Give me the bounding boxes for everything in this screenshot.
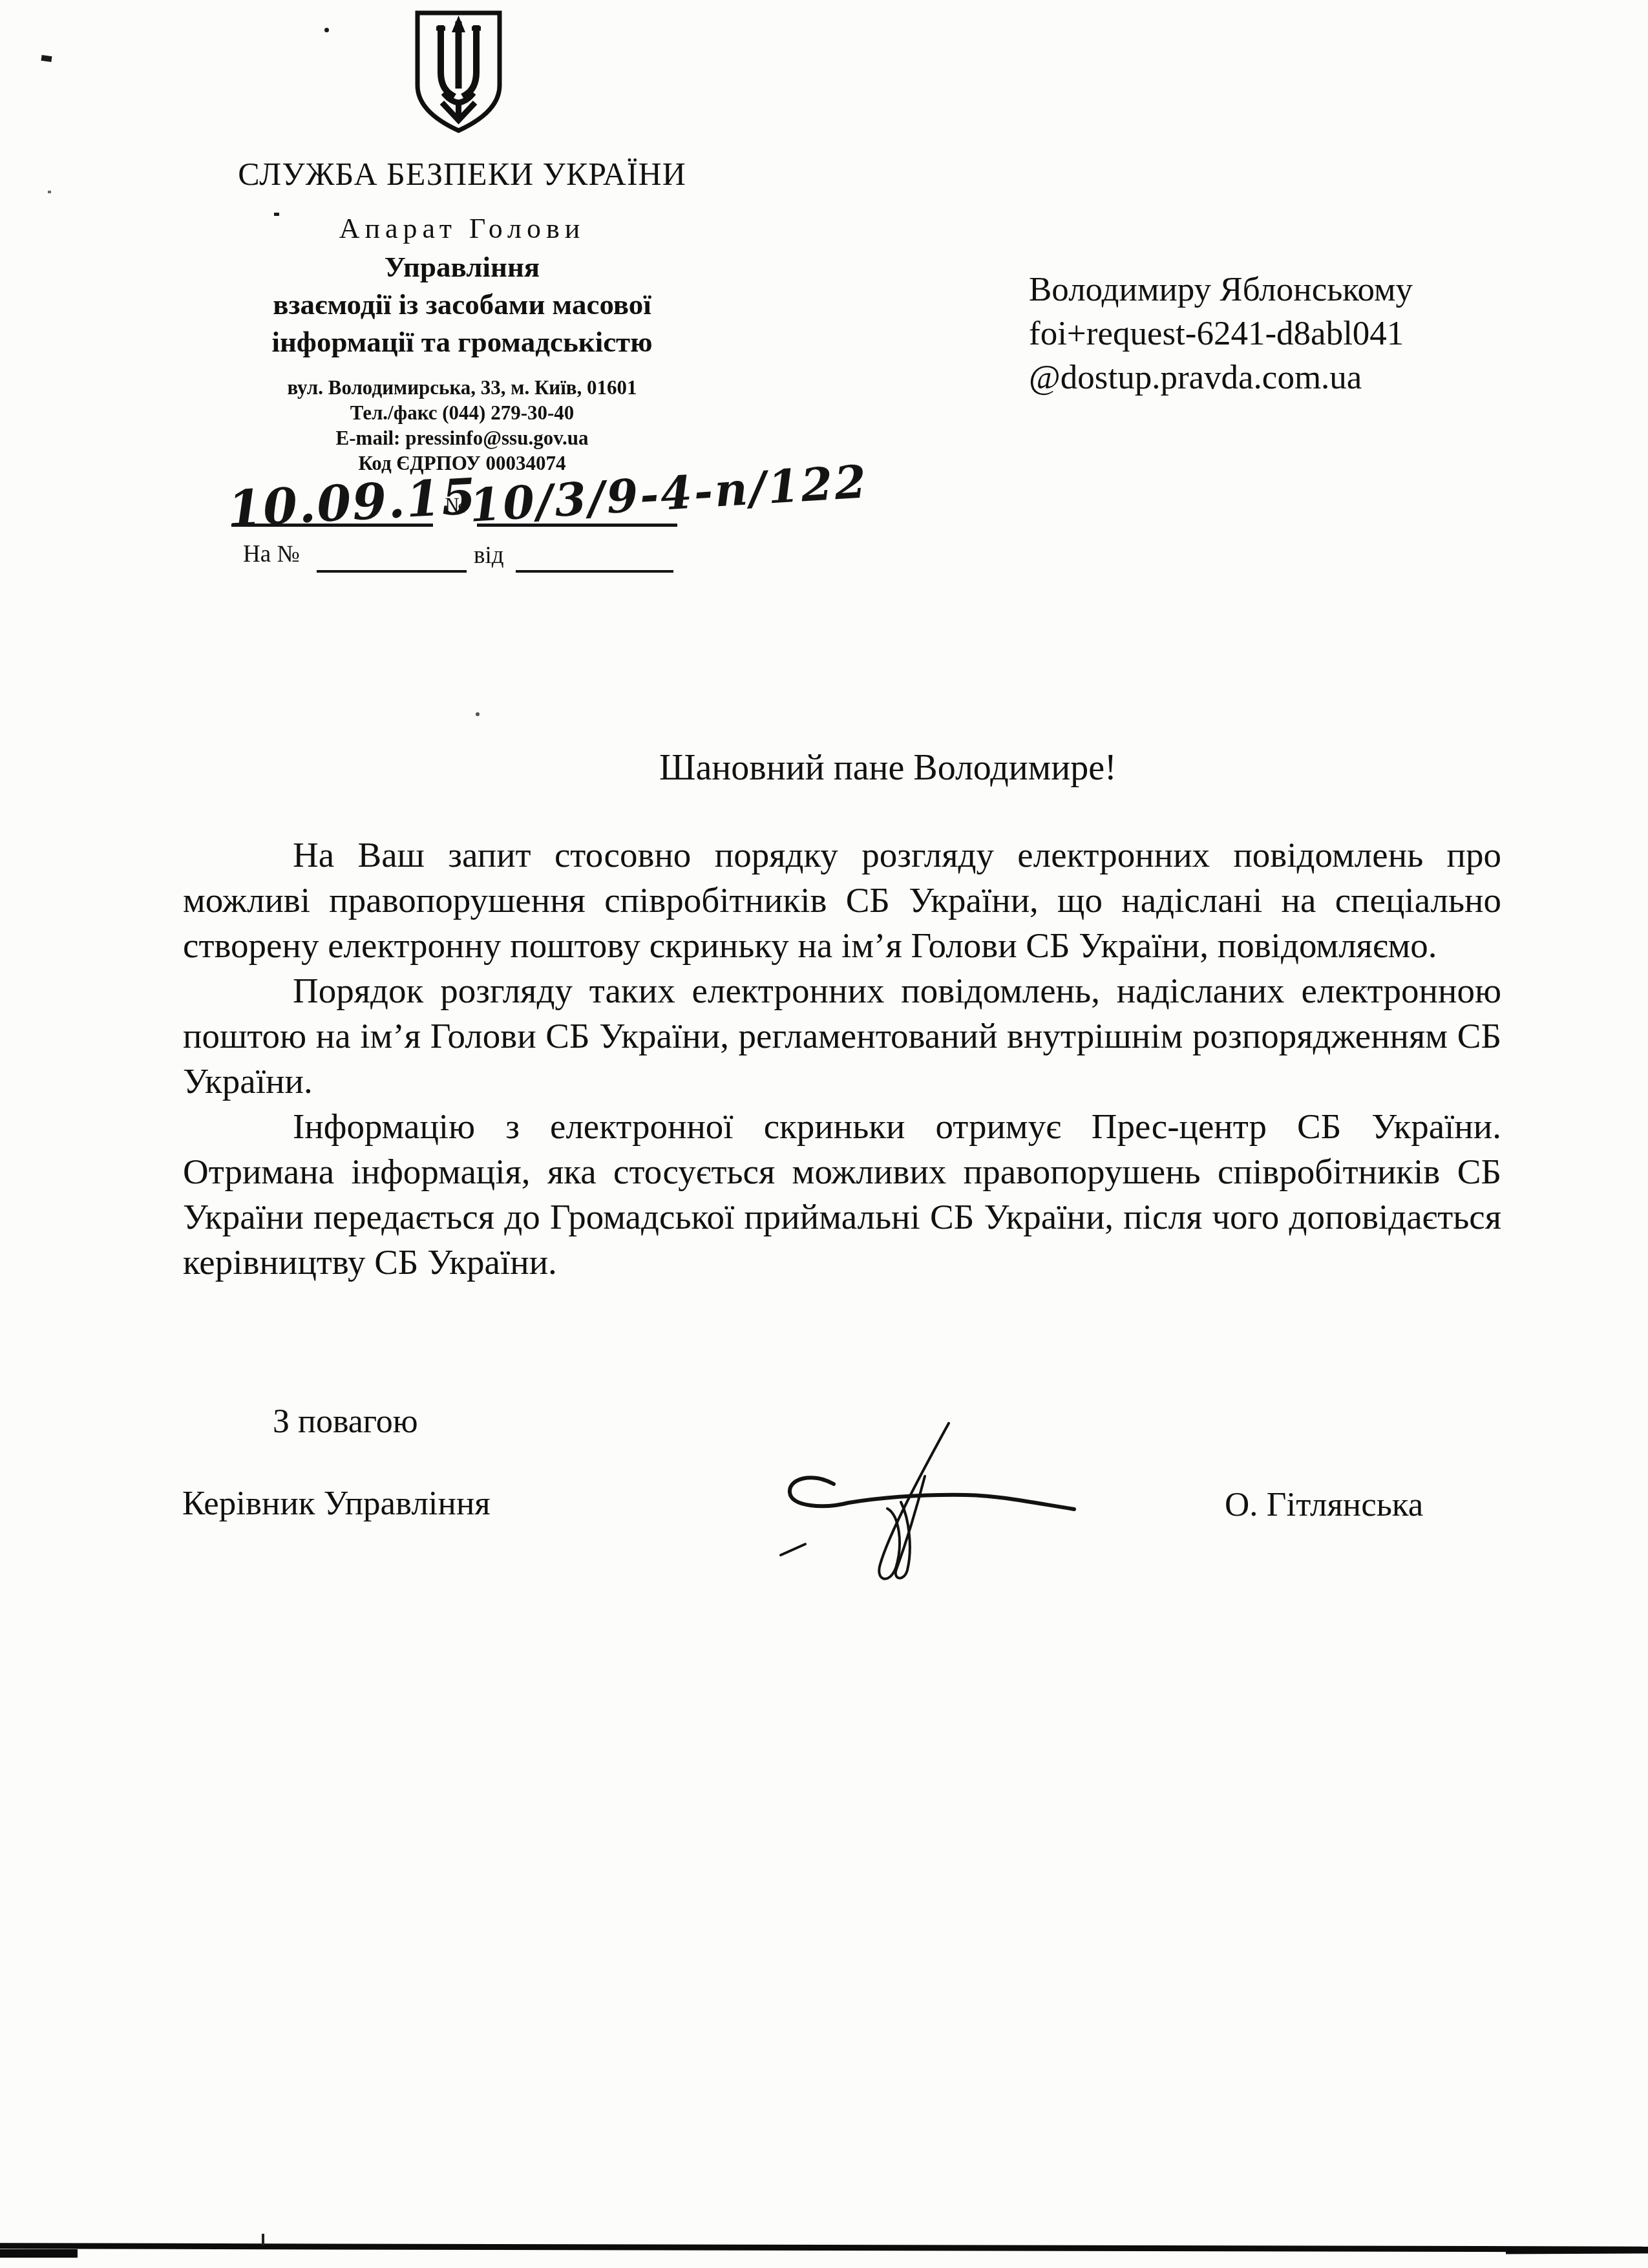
signer-name: О. Гітлянська [1225, 1485, 1423, 1524]
scan-noise-speck [48, 191, 51, 193]
scanned-letter-page: СЛУЖБА БЕЗПЕКИ УКРАЇНИ Апарат Голови Упр… [0, 0, 1648, 2268]
phone-line: Тел./факс (044) 279-30-40 [197, 400, 727, 425]
scan-artifact-tick [262, 2234, 264, 2245]
handwritten-date: 10.09.15 [226, 467, 478, 538]
scan-artifact-line [1506, 2249, 1648, 2254]
department-name: Управління взаємодії із засобами масової… [197, 248, 727, 361]
number-underline [477, 524, 677, 527]
department-line-3: інформації та громадськістю [197, 323, 727, 361]
reply-number-underline [317, 570, 467, 573]
body-paragraph-2: Порядок розгляду таких електронних повід… [183, 968, 1501, 1104]
signer-position: Керівник Управління [182, 1484, 491, 1523]
signature-icon [769, 1417, 1099, 1585]
recipient-email-local: foi+request-6241-d8abl041 [1029, 312, 1413, 355]
scan-noise-speck [324, 28, 329, 32]
salutation: Шановний пане Володимире! [659, 747, 1117, 789]
ukraine-trident-emblem-icon [412, 9, 505, 135]
org-name: СЛУЖБА БЕЗПЕКИ УКРАЇНИ [197, 155, 727, 193]
scan-noise-speck [41, 55, 52, 62]
body-paragraph-3: Інформацію з електронної скриньки отриму… [183, 1104, 1501, 1285]
reply-to-label: На № [243, 540, 300, 568]
recipient-block: Володимиру Яблонському foi+request-6241-… [1029, 268, 1413, 399]
scan-artifact-line [0, 2243, 1648, 2252]
address-line: вул. Володимирська, 33, м. Київ, 01601 [197, 375, 727, 400]
recipient-name: Володимиру Яблонському [1029, 268, 1413, 312]
contact-block: вул. Володимирська, 33, м. Київ, 01601 Т… [197, 375, 727, 476]
department-line-2: взаємодії із засобами масової [197, 286, 727, 323]
reply-date-underline [516, 570, 673, 573]
scan-noise-speck [274, 213, 279, 216]
letter-body: На Ваш запит стосовно порядку розгляду е… [183, 832, 1501, 1285]
body-paragraph-1: На Ваш запит стосовно порядку розгляду е… [183, 832, 1501, 968]
closing-regards: З повагою [273, 1403, 418, 1441]
email-line: E-mail: pressinfo@ssu.gov.ua [197, 425, 727, 450]
scan-artifact-line [0, 2249, 78, 2258]
reply-from-label: від [474, 542, 504, 569]
department-line-1: Управління [197, 248, 727, 286]
org-unit: Апарат Голови [197, 212, 727, 245]
recipient-email-domain: @dostup.pravda.com.ua [1029, 355, 1413, 399]
scan-noise-speck [476, 712, 480, 716]
number-label: № [445, 494, 465, 518]
date-underline [231, 524, 433, 527]
